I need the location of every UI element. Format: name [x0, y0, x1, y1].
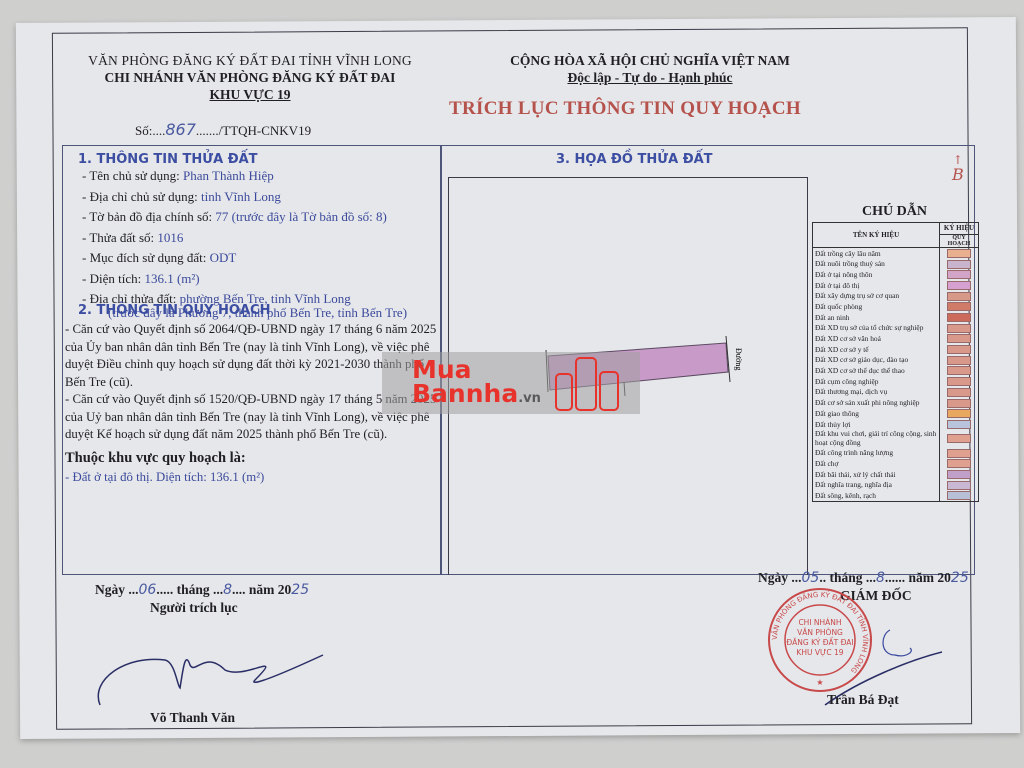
- number-label: Số:: [135, 123, 152, 138]
- number-suffix: /TTQH-CNKV19: [219, 123, 311, 138]
- legend-row: Đất xây dựng trụ sở cơ quan: [813, 290, 979, 301]
- parcel-info-value: 136.1 (m²): [144, 271, 199, 286]
- national-title: CỘNG HÒA XÃ HỘI CHỦ NGHĨA VIỆT NAM: [470, 52, 830, 69]
- legend-row: Đất công trình năng lượng: [813, 447, 979, 458]
- legend-row: Đất an ninh: [813, 312, 979, 323]
- legend-row: Đất thương mại, dịch vụ: [813, 387, 979, 398]
- day-left: 06: [139, 582, 157, 598]
- parcel-info-value: tỉnh Vĩnh Long: [201, 189, 281, 204]
- legend-swatch: [947, 281, 971, 290]
- legend-row: Đất cơ sở sản xuất phi nông nghiệp: [813, 397, 979, 408]
- office-line-2: CHI NHÁNH VĂN PHÒNG ĐĂNG KÝ ĐẤT ĐAI: [60, 69, 440, 86]
- legend-row: Đất chợ: [813, 458, 979, 469]
- parcel-info-row: - Địa chỉ chủ sử dụng: tỉnh Vĩnh Long: [82, 187, 407, 208]
- legend-swatch: [947, 249, 971, 258]
- buildings-icon: [552, 354, 632, 412]
- date-right: Ngày ...05.. tháng ...8...... năm 2025: [758, 570, 969, 586]
- office-line-1: VĂN PHÒNG ĐĂNG KÝ ĐẤT ĐAI TỈNH VĨNH LONG: [60, 52, 440, 69]
- month-right: 8: [876, 570, 885, 586]
- legend-header-name: TÊN KÝ HIỆU: [813, 223, 940, 248]
- parcel-info: - Tên chủ sử dụng: Phan Thành Hiệp- Địa …: [82, 166, 407, 320]
- legend-row: Đất XD cơ sở văn hoá: [813, 333, 979, 344]
- national-motto: Độc lập - Tự do - Hạnh phúc: [470, 69, 830, 86]
- office-line-3: KHU VỰC 19: [60, 86, 440, 103]
- parcel-info-value: ODT: [210, 250, 237, 265]
- north-label: B: [952, 165, 964, 184]
- document-number: Số:....867......./TTQH-CNKV19: [135, 120, 311, 139]
- legend-header-symbol: KÝ HIỆU: [940, 223, 979, 235]
- director-name: Trần Bá Đạt: [827, 692, 899, 708]
- watermark-suffix: .vn: [518, 391, 541, 406]
- north-arrow-icon: ↑ B: [952, 155, 964, 184]
- parcel-info-row: - Thửa đất số: 1016: [82, 228, 407, 249]
- legend-row: Đất cụm công nghiệp: [813, 376, 979, 387]
- planning-zone-label: Thuộc khu vực quy hoạch là:: [65, 450, 443, 468]
- legend-row: Đất bãi thải, xử lý chất thải: [813, 469, 979, 480]
- document-title: TRÍCH LỤC THÔNG TIN QUY HOẠCH: [430, 98, 820, 120]
- legend-row: Đất ở tại đô thị: [813, 280, 979, 291]
- day-right: 05: [802, 570, 820, 586]
- legend-swatch: [947, 434, 971, 443]
- legend-swatch: [947, 399, 971, 408]
- section1-title: 1. THÔNG TIN THỬA ĐẤT: [78, 152, 258, 167]
- legend-swatch: [947, 388, 971, 397]
- legend-row: Đất XD cơ sở giáo dục, đào tạo: [813, 355, 979, 366]
- parcel-info-label: - Tờ bản đồ địa chính số:: [82, 209, 215, 224]
- extractor-name: Võ Thanh Văn: [150, 710, 235, 726]
- parcel-info-row: - Tờ bản đồ địa chính số: 77 (trước đây …: [82, 207, 407, 228]
- legend-swatch: [947, 334, 971, 343]
- year-left: 25: [291, 582, 309, 598]
- parcel-info-label: - Tên chủ sử dụng:: [82, 168, 183, 183]
- legend-swatch: [947, 366, 971, 375]
- planning-zone-result: - Đất ở tại đô thị. Diện tích: 136.1 (m²…: [65, 469, 443, 487]
- legend-swatch: [947, 356, 971, 365]
- legend-swatch: [947, 470, 971, 479]
- legend-swatch: [947, 491, 971, 500]
- legend-row: Đất ở tại nông thôn: [813, 269, 979, 280]
- legend-swatch: [947, 292, 971, 301]
- legend-swatch: [947, 459, 971, 468]
- parcel-info-row: - Mục đích sử dụng đất: ODT: [82, 248, 407, 269]
- issuing-office-header: VĂN PHÒNG ĐĂNG KÝ ĐẤT ĐAI TỈNH VĨNH LONG…: [60, 52, 440, 103]
- month-left: 8: [223, 582, 232, 598]
- legend-swatch: [947, 377, 971, 386]
- parcel-info-row: - Tên chủ sử dụng: Phan Thành Hiệp: [82, 166, 407, 187]
- legend-swatch: [947, 324, 971, 333]
- parcel-info-label: - Diện tích:: [82, 271, 144, 286]
- section3-title: 3. HỌA ĐỒ THỬA ĐẤT: [556, 152, 713, 167]
- legend-swatch: [947, 409, 971, 418]
- legend-row: Đất XD cơ sở thể dục thể thao: [813, 365, 979, 376]
- legend-row: Đất sông, kênh, rạch: [813, 490, 979, 501]
- legend-row: Đất thủy lợi: [813, 419, 979, 430]
- legend-header-planning: QUY HOẠCH: [940, 234, 979, 247]
- parcel-info-label: - Thửa đất số:: [82, 230, 157, 245]
- legend-row: Đất nghĩa trang, nghĩa địa: [813, 479, 979, 490]
- legend-row: Đất quốc phòng: [813, 301, 979, 312]
- legend-swatch: [947, 302, 971, 311]
- signature-left: [95, 640, 335, 710]
- legend-row: Đất XD trụ sở của tổ chức sự nghiệp: [813, 323, 979, 334]
- legend-table: TÊN KÝ HIỆU KÝ HIỆU QUY HOẠCH Đất trồng …: [812, 222, 979, 502]
- number-handwritten: 867: [165, 120, 196, 139]
- legend-swatch: [947, 270, 971, 279]
- legend-swatch: [947, 313, 971, 322]
- legend-title: CHÚ DẪN: [862, 204, 927, 220]
- parcel-info-row: - Diện tích: 136.1 (m²): [82, 269, 407, 290]
- legend-row: Đất giao thông: [813, 408, 979, 419]
- date-left: Ngày ...06..... tháng ...8.... năm 2025: [95, 582, 309, 598]
- legend-swatch: [947, 449, 971, 458]
- road-label: Đường: [734, 348, 743, 370]
- national-header: CỘNG HÒA XÃ HỘI CHỦ NGHĨA VIỆT NAM Độc l…: [470, 52, 830, 86]
- extractor-role: Người trích lục: [150, 600, 238, 616]
- parcel-info-value: Phan Thành Hiệp: [183, 168, 274, 183]
- legend-row: Đất trồng cây lâu năm: [813, 247, 979, 258]
- legend-swatch: [947, 420, 971, 429]
- legend-row: Đất nuôi trồng thuỷ sản: [813, 258, 979, 269]
- legend-swatch: [947, 260, 971, 269]
- parcel-info-label: - Địa chỉ chủ sử dụng:: [82, 189, 201, 204]
- parcel-info-value: 77 (trước đây là Tờ bản đồ số: 8): [215, 209, 386, 224]
- legend-row: Đất XD cơ sở y tế: [813, 344, 979, 355]
- watermark-line2: Bannha: [412, 379, 518, 408]
- parcel-info-label: - Mục đích sử dụng đất:: [82, 250, 210, 265]
- legend-swatch: [947, 345, 971, 354]
- legend-row: Đất khu vui chơi, giải trí công cộng, si…: [813, 429, 979, 447]
- section2-title: 2. THÔNG TIN QUY HOẠCH: [78, 303, 270, 318]
- parcel-info-value: 1016: [157, 230, 183, 245]
- watermark-logo: Mua Bannha.vn: [382, 352, 640, 414]
- year-right: 25: [951, 570, 969, 586]
- legend-swatch: [947, 481, 971, 490]
